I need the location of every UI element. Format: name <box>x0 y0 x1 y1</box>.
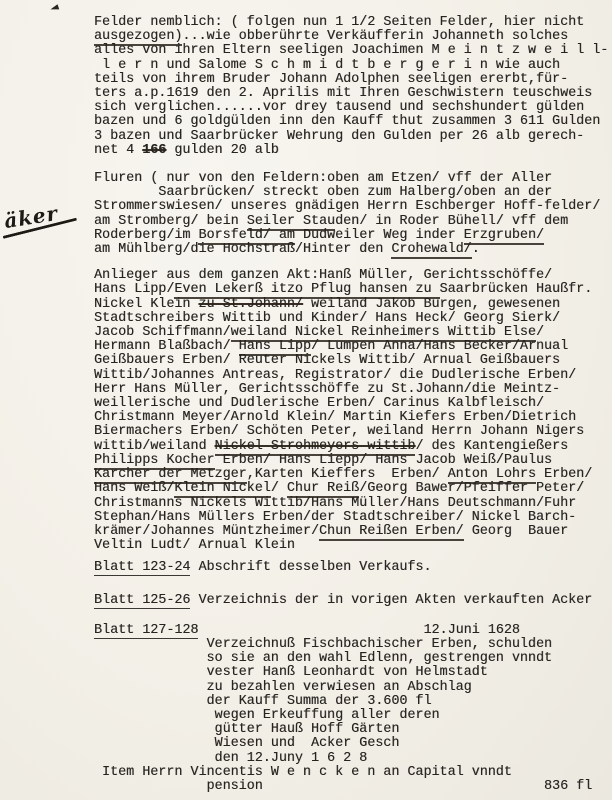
text-line: Stadtschreibers Wittib und Kinder/ Hans … <box>94 312 612 326</box>
text-line: Nickel Klein zu St.Johann/ weiland Jakob… <box>94 298 612 312</box>
text-line: Roderberg/im Borsfeld/ am Dudweiler Weg … <box>94 229 612 243</box>
document-page: ◄ äker Felder nemblich: ( folgen nun 1 1… <box>0 0 612 800</box>
text-line: vester Hanß Leonhardt von Helmstadt <box>94 666 612 680</box>
text-line: Stephan/Hans Müllers Erben/der Stadtschr… <box>94 511 612 525</box>
ink-mark: ◄ <box>48 0 60 15</box>
text-line: l e r n und Salome S c h m i d t b e r g… <box>94 59 612 73</box>
typewritten-text: Felder nemblich: ( folgen nun 1 1/2 Seit… <box>94 16 612 794</box>
text-line: Anlieger aus dem ganzen Akt:Hanß Müller,… <box>94 269 612 283</box>
para-anlieger: Anlieger aus dem ganzen Akt:Hanß Müller,… <box>94 269 612 553</box>
text-line: Karcher der Metzger,Karten Kieffers Erbe… <box>94 468 612 482</box>
text-line: Blatt 127-128 12.Juni 1628 <box>94 624 612 638</box>
text-line: weillerische und Dudlerische Erben/ Cari… <box>94 397 612 411</box>
para-fluren: Fluren ( nur von den Feldern:oben am Etz… <box>94 172 612 257</box>
text-line: alles von ihren Eltern seeligen Joachime… <box>94 44 612 58</box>
text-line: wittib/weiland Nickel Strohmeyers wittib… <box>94 440 612 454</box>
text-line: teils von ihrem Bruder Johann Adolphen s… <box>94 73 612 87</box>
text-line: 3 bazen und Saarbrücker Wehrung den Guld… <box>94 130 612 144</box>
text-line: Christmanns Nickels Wittib/Hans Müller/H… <box>94 497 612 511</box>
text-line: sich verglichen......vor drey tausend un… <box>94 101 612 115</box>
text-line: Blatt 123-24 Abschrift desselben Verkauf… <box>94 561 612 575</box>
text-line: Felder nemblich: ( folgen nun 1 1/2 Seit… <box>94 16 612 30</box>
blatt-127-128: Blatt 127-128 12.Juni 1628 Verzeichnuß F… <box>94 624 612 794</box>
text-line: so sie an den wahl Edlenn, gestrengen vn… <box>94 652 612 666</box>
text-line: der Kauff Summa der 3.600 fl <box>94 695 612 709</box>
text-line: Hans Weiß/Klein Nickel/ Chur Reiß/Georg … <box>94 482 612 496</box>
text-line: ters a.p.1619 den 2. Aprilis mit Ihren G… <box>94 87 612 101</box>
blatt-125-26: Blatt 125-26 Verzeichnis der in vorigen … <box>94 594 612 608</box>
text-line: Blatt 125-26 Verzeichnis der in vorigen … <box>94 594 612 608</box>
para-felder: Felder nemblich: ( folgen nun 1 1/2 Seit… <box>94 16 612 158</box>
text-line: Christmann Meyer/Arnold Klein/ Martin Ki… <box>94 411 612 425</box>
text-line: Saarbrücken/ streckt oben zum Halberg/ob… <box>94 186 612 200</box>
text-line: bazen und 6 goldgülden inn den Kauff thu… <box>94 115 612 129</box>
text-line: Biermachers Erben/ Schöten Peter, weilan… <box>94 425 612 439</box>
blatt-123-24: Blatt 123-24 Abschrift desselben Verkauf… <box>94 561 612 575</box>
text-line: Philipps Kocher Erben/ Hans Liepp/ Hans … <box>94 454 612 468</box>
text-line: Strommerswiesen/ unseres gnädigen Herrn … <box>94 200 612 214</box>
text-line: Hans Lipp/Even Lekerß itzo Pflug hansen … <box>94 283 612 297</box>
text-line: ausgezogen)...wie obberührte Verkäufferi… <box>94 30 612 44</box>
text-line: Wittib/Johannes Antreas, Registrator/ di… <box>94 369 612 383</box>
text-line: pension 836 fl <box>94 780 612 794</box>
text-line: Fluren ( nur von den Feldern:oben am Etz… <box>94 172 612 186</box>
text-line: den 12.Juny 1 6 2 8 <box>94 752 612 766</box>
text-line: net 4 166 gulden 20 alb <box>94 144 612 158</box>
text-line: zu bezahlen verwiesen an Abschlag <box>94 681 612 695</box>
text-line: am Mühlberg/die Hochstraß/Hinter den Cro… <box>94 243 612 257</box>
text-line: wegen Erkeuffung aller deren <box>94 709 612 723</box>
text-line: Item Herrn Vincentis W e n c k e n an Ca… <box>94 766 612 780</box>
text-line: gütter Hauß Hoff Gärten <box>94 723 612 737</box>
text-line: Wiesen und Acker Gesch <box>94 737 612 751</box>
text-line: Verzeichnuß Fischbachischer Erben, schul… <box>94 638 612 652</box>
text-line: am Stromberg/ bein Seiler Stauden/ in Ro… <box>94 215 612 229</box>
text-line: Hermann Blaßbach/ Hans Lipp/ Lumpen Anna… <box>94 340 612 354</box>
text-line: Herr Hans Müller, Gerichtsschöffe zu St.… <box>94 383 612 397</box>
text-line: krämer/Johannes Müntzheimer/Chun Reißen … <box>94 525 612 539</box>
margin-note-handwritten: äker <box>2 201 59 233</box>
text-line: Veltin Ludt/ Arnual Klein <box>94 539 612 553</box>
text-line: Jacob Schiffmann/weiland Nickel Reinheim… <box>94 326 612 340</box>
text-line: Geißbauers Erben/ Reuter Nickels Wittib/… <box>94 354 612 368</box>
